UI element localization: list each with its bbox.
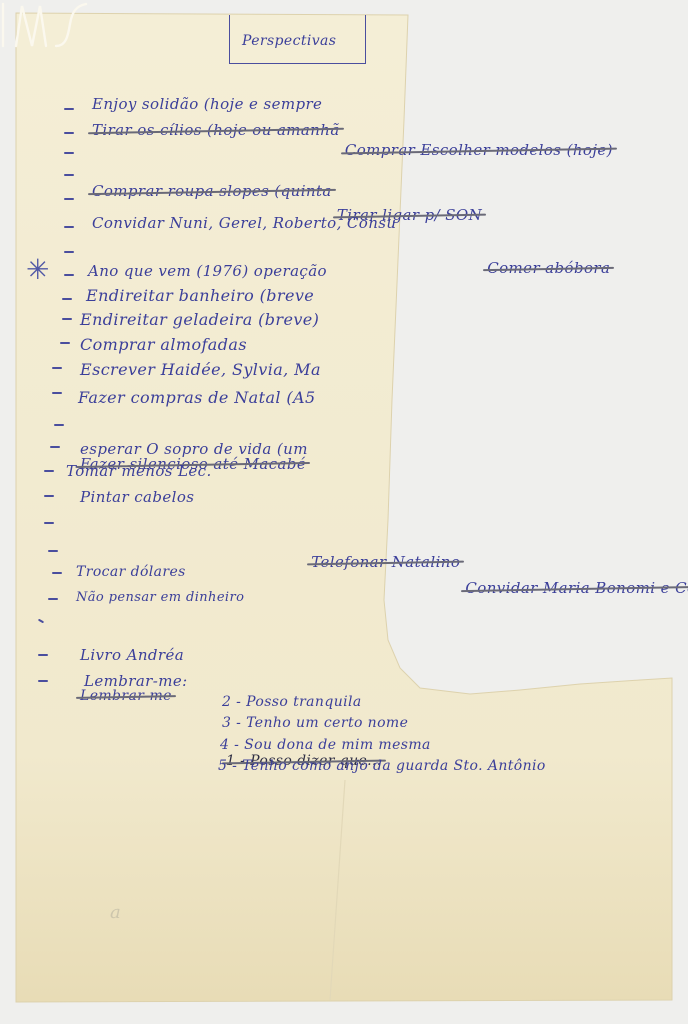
bullet-dash-icon — [62, 318, 72, 320]
page-mark: a — [110, 902, 121, 923]
bullet-dash-icon — [44, 522, 54, 524]
bullet-dash-icon — [44, 470, 54, 472]
list-item: Fazer compras de Natal (A5 — [78, 388, 316, 407]
bullet-dash-icon — [52, 392, 62, 394]
bullet-dash-icon — [38, 654, 48, 656]
list-item: Convidar Nuni, Gerel, Roberto, Consu — [92, 214, 396, 232]
list-item: esperar O sopro de vida (um — [80, 440, 308, 458]
bullet-dash-icon — [64, 174, 74, 176]
document-title: Perspectivas — [242, 33, 336, 49]
bullet-dash-icon — [64, 152, 74, 154]
title-box: Perspectivas — [229, 15, 366, 64]
bullet-dash-icon — [54, 424, 64, 426]
list-item-struck: Comer abóbora — [487, 259, 610, 277]
bullet-dash-icon — [64, 226, 74, 228]
bullet-dash-icon — [64, 198, 74, 200]
list-item: Pintar cabelos — [80, 488, 194, 506]
list-item: Livro Andréa — [80, 646, 184, 664]
list-item: Escrever Haidée, Sylvia, Ma — [80, 360, 321, 379]
list-item-struck: Comprar Escolher modelos (hoje) — [345, 141, 613, 159]
list-item-struck: Telefonar Natalino — [311, 553, 460, 571]
remember-item: 3 - Tenho um certo nome — [222, 715, 408, 731]
remember-item: 2 - Posso tranquila — [222, 694, 362, 710]
list-item: Lembrar-me: — [84, 672, 188, 690]
bullet-dash-icon — [48, 550, 58, 552]
ims-watermark-logo-icon — [0, 0, 92, 52]
list-item-starred: Ano que vem (1976) operação — [88, 262, 327, 280]
bullet-dash-icon — [62, 298, 72, 300]
list-item-struck: Comprar roupa slopes (quinta — [92, 182, 332, 200]
bullet-dash-icon — [64, 132, 74, 134]
bullet-dash-icon — [38, 680, 48, 682]
bullet-dash-icon — [64, 274, 74, 276]
list-item: Endireitar geladeira (breve) — [80, 310, 319, 329]
manuscript-page: Perspectivas ✳ Enjoy solidão (hoje e sem… — [0, 0, 688, 1024]
bullet-dash-icon — [52, 367, 62, 369]
remember-item: 5 - Tenho como anjo da guarda Sto. Antôn… — [218, 758, 546, 774]
list-item-struck: Tirar os cílios (hoje ou amanhã — [92, 121, 340, 139]
list-item: Tomar menos Lec. — [66, 462, 212, 480]
list-item: Não pensar em dinheiro — [76, 590, 244, 605]
list-item: Comprar almofadas — [80, 335, 247, 354]
list-item-struck: Lembrar-me — [80, 688, 172, 704]
list-item: Enjoy solidão (hoje e sempre — [92, 95, 322, 113]
bullet-dash-icon — [48, 598, 58, 600]
asterisk-mark-icon: ✳ — [26, 256, 49, 284]
list-item-struck: Convidar Maria Bonomi e Co — [465, 579, 688, 597]
remember-item: 4 - Sou dona de mim mesma — [220, 737, 431, 753]
bullet-dash-icon — [52, 572, 62, 574]
list-item: Endireitar banheiro (breve — [86, 286, 314, 305]
list-item: Trocar dólares — [76, 564, 186, 580]
bullet-dash-icon — [60, 342, 70, 344]
bullet-dash-icon — [50, 446, 60, 448]
bullet-dash-icon — [44, 495, 54, 497]
bullet-dash-icon — [64, 251, 74, 253]
bullet-dash-icon — [64, 108, 74, 110]
